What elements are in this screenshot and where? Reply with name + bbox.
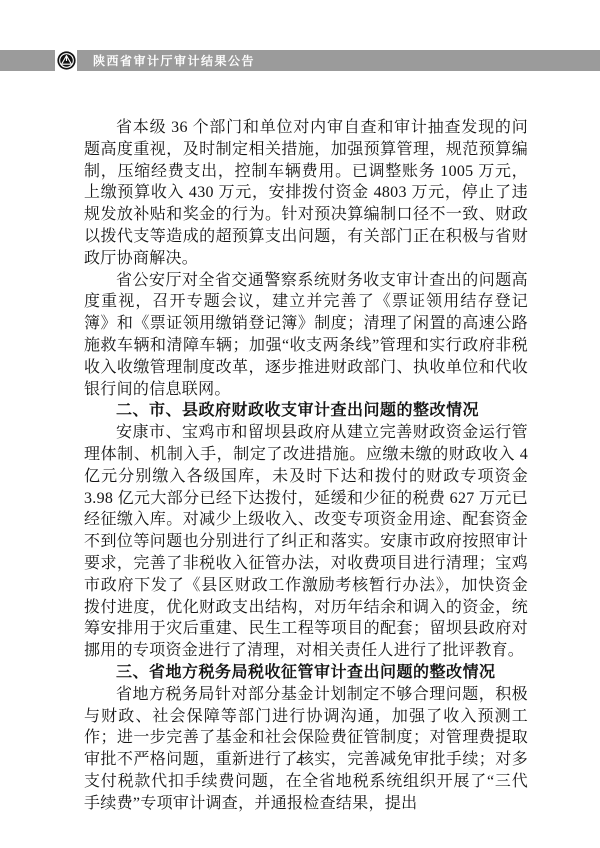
header-title: 陕西省审计厅审计结果公告 (93, 50, 255, 71)
section-heading: 三、省地方税务局税收征管审计查出问题的整改情况 (84, 662, 528, 684)
document-page: 陕西省审计厅审计结果公告 省本级 36 个部门和单位对内审自查和审计抽查发现的问… (0, 0, 600, 848)
page-number: 4 (0, 753, 600, 770)
section-heading: 二、市、县政府财政收支审计查出问题的整改情况 (84, 400, 528, 422)
header-bar (0, 50, 600, 71)
paragraph: 安康市、宝鸡市和留坝县政府从建立完善财政资金运行管理体制、机制入手，制定了改进措… (84, 422, 528, 662)
paragraph: 省地方税务局针对部分基金计划制定不够合理问题，积极与财政、社会保障等部门进行协调… (84, 684, 528, 815)
audit-emblem-icon (57, 51, 76, 70)
paragraph: 省本级 36 个部门和单位对内审自查和审计抽查发现的问题高度重视，及时制定相关措… (84, 117, 528, 270)
logo-tile (55, 47, 77, 74)
document-body: 省本级 36 个部门和单位对内审自查和审计抽查发现的问题高度重视，及时制定相关措… (84, 117, 528, 815)
paragraph: 省公安厅对全省交通警察系统财务收支审计查出的问题高度重视，召开专题会议，建立并完… (84, 270, 528, 401)
